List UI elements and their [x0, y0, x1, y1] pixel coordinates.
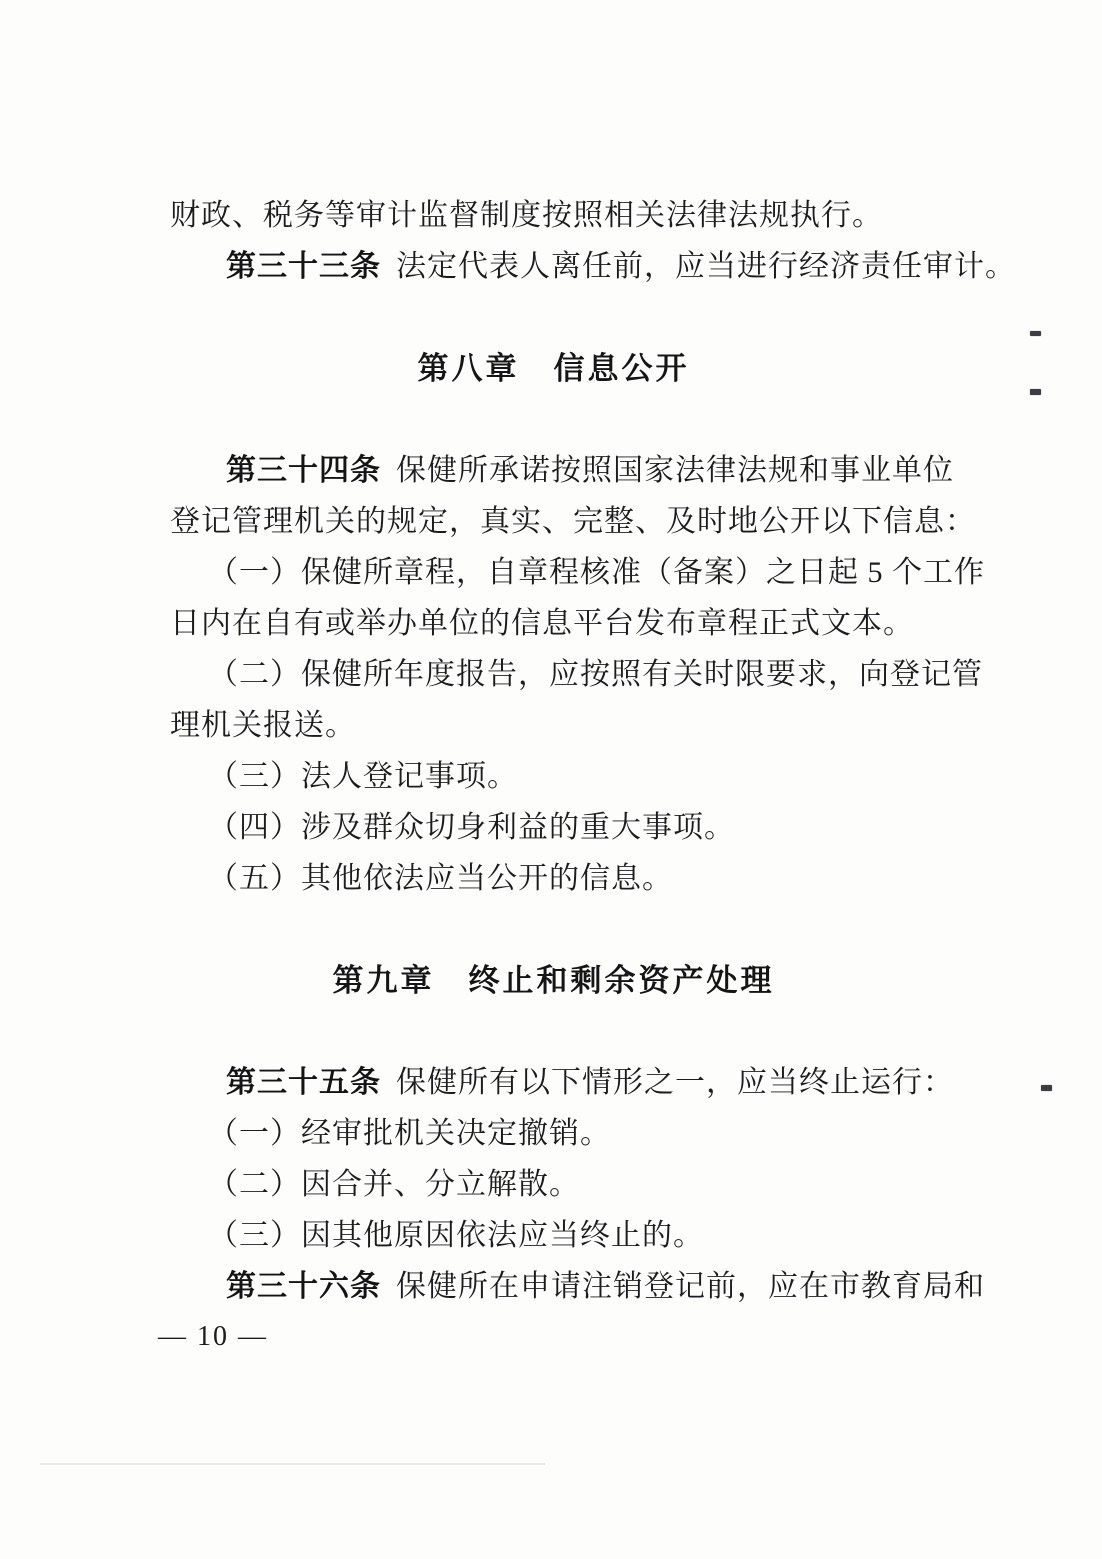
text-line: （一）保健所章程，自章程核准（备案）之日起 5 个工作 [170, 547, 937, 598]
line-text: 保健所在申请注销登记前，应在市教育局和 [396, 1270, 985, 1303]
chapter-heading: 第九章 终止和剩余资产处理 [170, 955, 937, 1006]
line-text: 日内在自有或举办单位的信息平台发布章程正式文本。 [170, 607, 914, 640]
line-text: （四）涉及群众切身利益的重大事项。 [208, 811, 735, 844]
scan-artifact-mark [1030, 331, 1041, 336]
text-line: 第三十五条保健所有以下情形之一，应当终止运行： [170, 1057, 937, 1108]
article-number: 第三十四条 [226, 454, 381, 487]
text-line: 日内在自有或举办单位的信息平台发布章程正式文本。 [170, 598, 937, 649]
line-text: （三）因其他原因依法应当终止的。 [208, 1219, 704, 1252]
line-text: （二）保健所年度报告，应按照有关时限要求，向登记管 [208, 658, 983, 691]
text-line: 第三十四条保健所承诺按照国家法律法规和事业单位 [170, 445, 937, 496]
line-text: 保健所承诺按照国家法律法规和事业单位 [396, 454, 954, 487]
text-line: （三）法人登记事项。 [170, 751, 937, 802]
text-line: （五）其他依法应当公开的信息。 [170, 853, 937, 904]
line-text: 法定代表人离任前，应当进行经济责任审计。 [396, 250, 1016, 283]
line-text: 理机关报送。 [170, 709, 356, 742]
text-line: 财政、税务等审计监督制度按照相关法律法规执行。 [170, 190, 937, 241]
text-line: （二）保健所年度报告，应按照有关时限要求，向登记管 [170, 649, 937, 700]
line-text: （一）保健所章程，自章程核准（备案）之日起 5 个工作 [208, 556, 985, 589]
text-line: （二）因合并、分立解散。 [170, 1159, 937, 1210]
article-number: 第三十三条 [226, 250, 381, 283]
text-line: （四）涉及群众切身利益的重大事项。 [170, 802, 937, 853]
line-text: （五）其他依法应当公开的信息。 [208, 862, 673, 895]
text-line: （一）经审批机关决定撤销。 [170, 1108, 937, 1159]
scan-artifact-mark [1041, 1085, 1052, 1091]
line-text: （二）因合并、分立解散。 [208, 1168, 580, 1201]
line-text: 登记管理机关的规定，真实、完整、及时地公开以下信息： [170, 505, 976, 538]
text-line: （三）因其他原因依法应当终止的。 [170, 1210, 937, 1261]
text-line: 登记管理机关的规定，真实、完整、及时地公开以下信息： [170, 496, 937, 547]
article-number: 第三十六条 [226, 1270, 381, 1303]
chapter-heading: 第八章 信息公开 [170, 343, 937, 394]
text-line: 第三十三条法定代表人离任前，应当进行经济责任审计。 [170, 241, 937, 292]
page-number: — 10 — [158, 1320, 268, 1354]
article-number: 第三十五条 [226, 1066, 381, 1099]
document-body: 财政、税务等审计监督制度按照相关法律法规执行。 第三十三条法定代表人离任前，应当… [170, 190, 937, 1312]
line-text: （三）法人登记事项。 [208, 760, 518, 793]
text-line: 第三十六条保健所在申请注销登记前，应在市教育局和 [170, 1261, 937, 1312]
line-text: 财政、税务等审计监督制度按照相关法律法规执行。 [170, 199, 883, 232]
text-line: 理机关报送。 [170, 700, 937, 751]
scan-edge-line [40, 1463, 545, 1465]
line-text: （一）经审批机关决定撤销。 [208, 1117, 611, 1150]
line-text: 保健所有以下情形之一，应当终止运行： [396, 1066, 954, 1099]
scan-artifact-mark [1030, 389, 1041, 395]
